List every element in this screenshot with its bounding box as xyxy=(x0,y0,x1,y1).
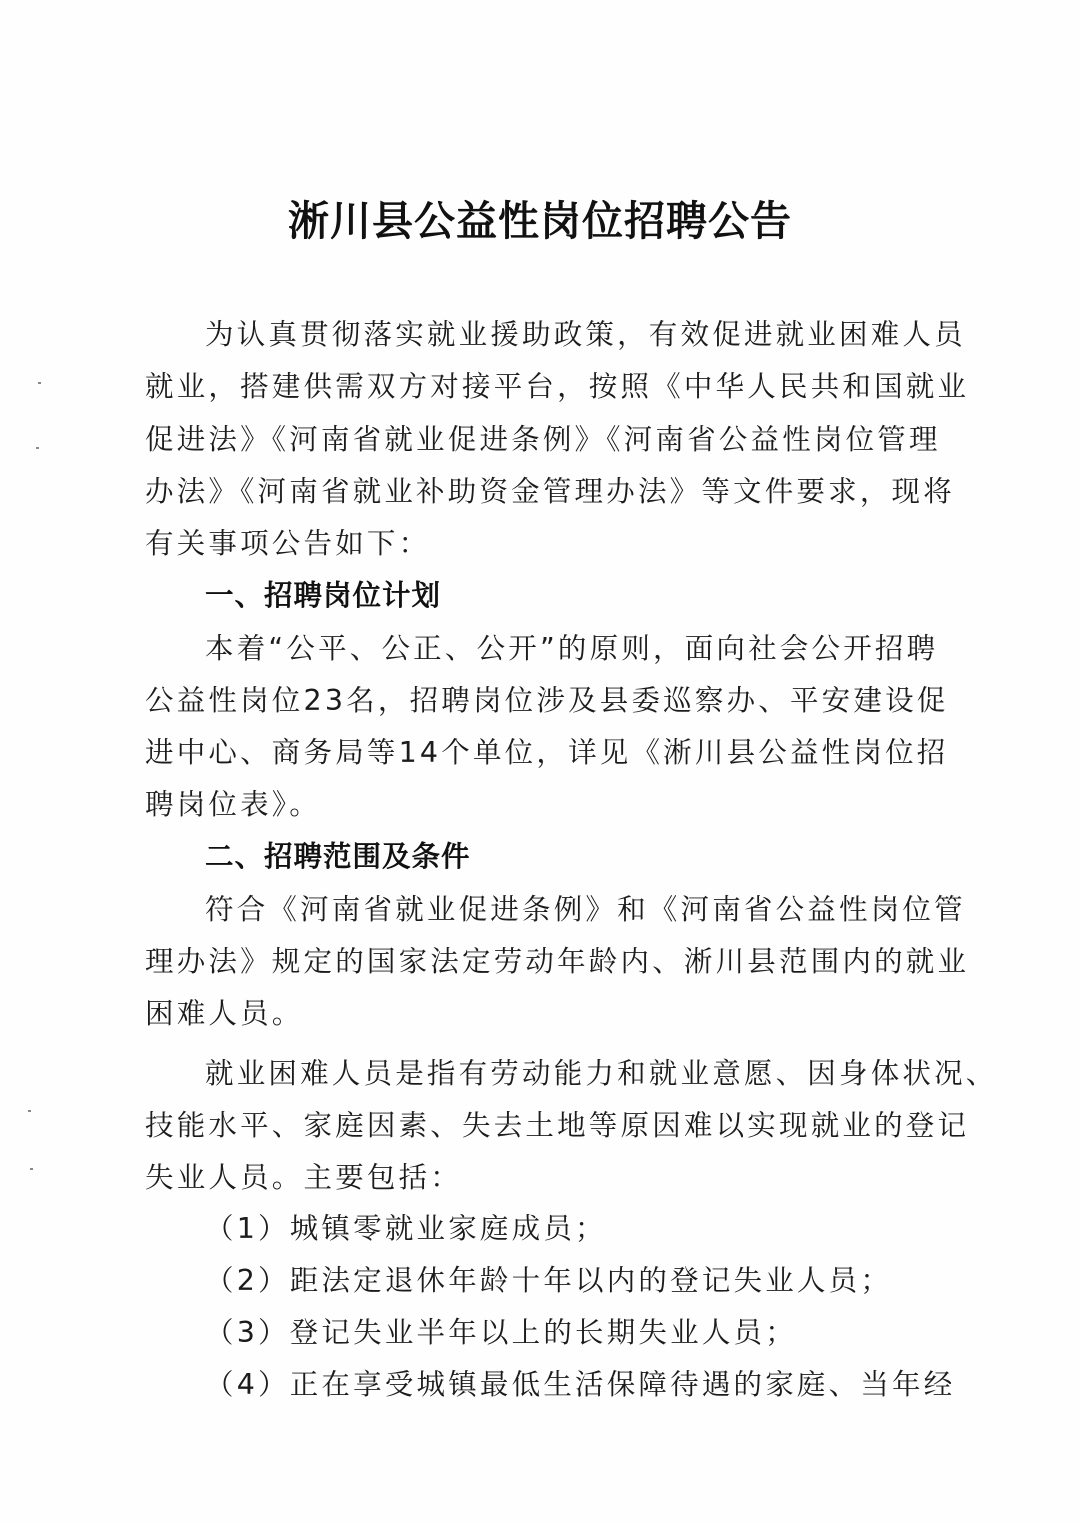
scan-speck xyxy=(38,382,41,384)
list-item: （2）距法定退休年龄十年以内的登记失业人员； xyxy=(205,1258,892,1299)
list-item: （4）正在享受城镇最低生活保障待遇的家庭、当年经 xyxy=(205,1362,955,1403)
intro-line: 促进法》《河南省就业促进条例》《河南省公益性岗位管理 xyxy=(145,417,941,458)
document-title: 淅川县公益性岗位招聘公告 xyxy=(0,188,1080,247)
list-item: （1）城镇零就业家庭成员； xyxy=(205,1206,607,1247)
list-item: （3）登记失业半年以上的长期失业人员； xyxy=(205,1310,797,1351)
section2-line: 困难人员。 xyxy=(145,991,304,1032)
definition-line: 技能水平、家庭因素、失去土地等原因难以实现就业的登记 xyxy=(145,1103,969,1144)
section2-line: 符合《河南省就业促进条例》和《河南省公益性岗位管 xyxy=(205,887,966,928)
section-heading-2: 二、招聘范围及条件 xyxy=(205,834,471,875)
intro-line: 有关事项公告如下： xyxy=(145,521,430,562)
intro-line: 办法》《河南省就业补助资金管理办法》等文件要求，现将 xyxy=(145,469,955,510)
intro-line: 为认真贯彻落实就业援助政策，有效促进就业困难人员 xyxy=(205,312,966,353)
section1-line: 公益性岗位23名，招聘岗位涉及县委巡察办、平安建设促 xyxy=(145,678,948,719)
scan-speck xyxy=(28,1110,31,1112)
section1-line: 聘岗位表》。 xyxy=(145,782,321,823)
section-heading-1: 一、招聘岗位计划 xyxy=(205,573,441,614)
section2-line: 理办法》规定的国家法定劳动年龄内、淅川县范围内的就业 xyxy=(145,939,969,980)
definition-line: 就业困难人员是指有劳动能力和就业意愿、因身体状况、 xyxy=(205,1051,998,1092)
scan-speck xyxy=(36,447,39,449)
definition-line: 失业人员。主要包括： xyxy=(145,1155,462,1196)
section1-line: 本着“公平、公正、公开”的原则，面向社会公开招聘 xyxy=(205,626,938,667)
section1-line: 进中心、商务局等14个单位，详见《淅川县公益性岗位招 xyxy=(145,730,948,771)
intro-line: 就业，搭建供需双方对接平台，按照《中华人民共和国就业 xyxy=(145,364,969,405)
scan-speck xyxy=(30,1168,33,1170)
document-page: 淅川县公益性岗位招聘公告 为认真贯彻落实就业援助政策，有效促进就业困难人员 就业… xyxy=(0,0,1080,1523)
